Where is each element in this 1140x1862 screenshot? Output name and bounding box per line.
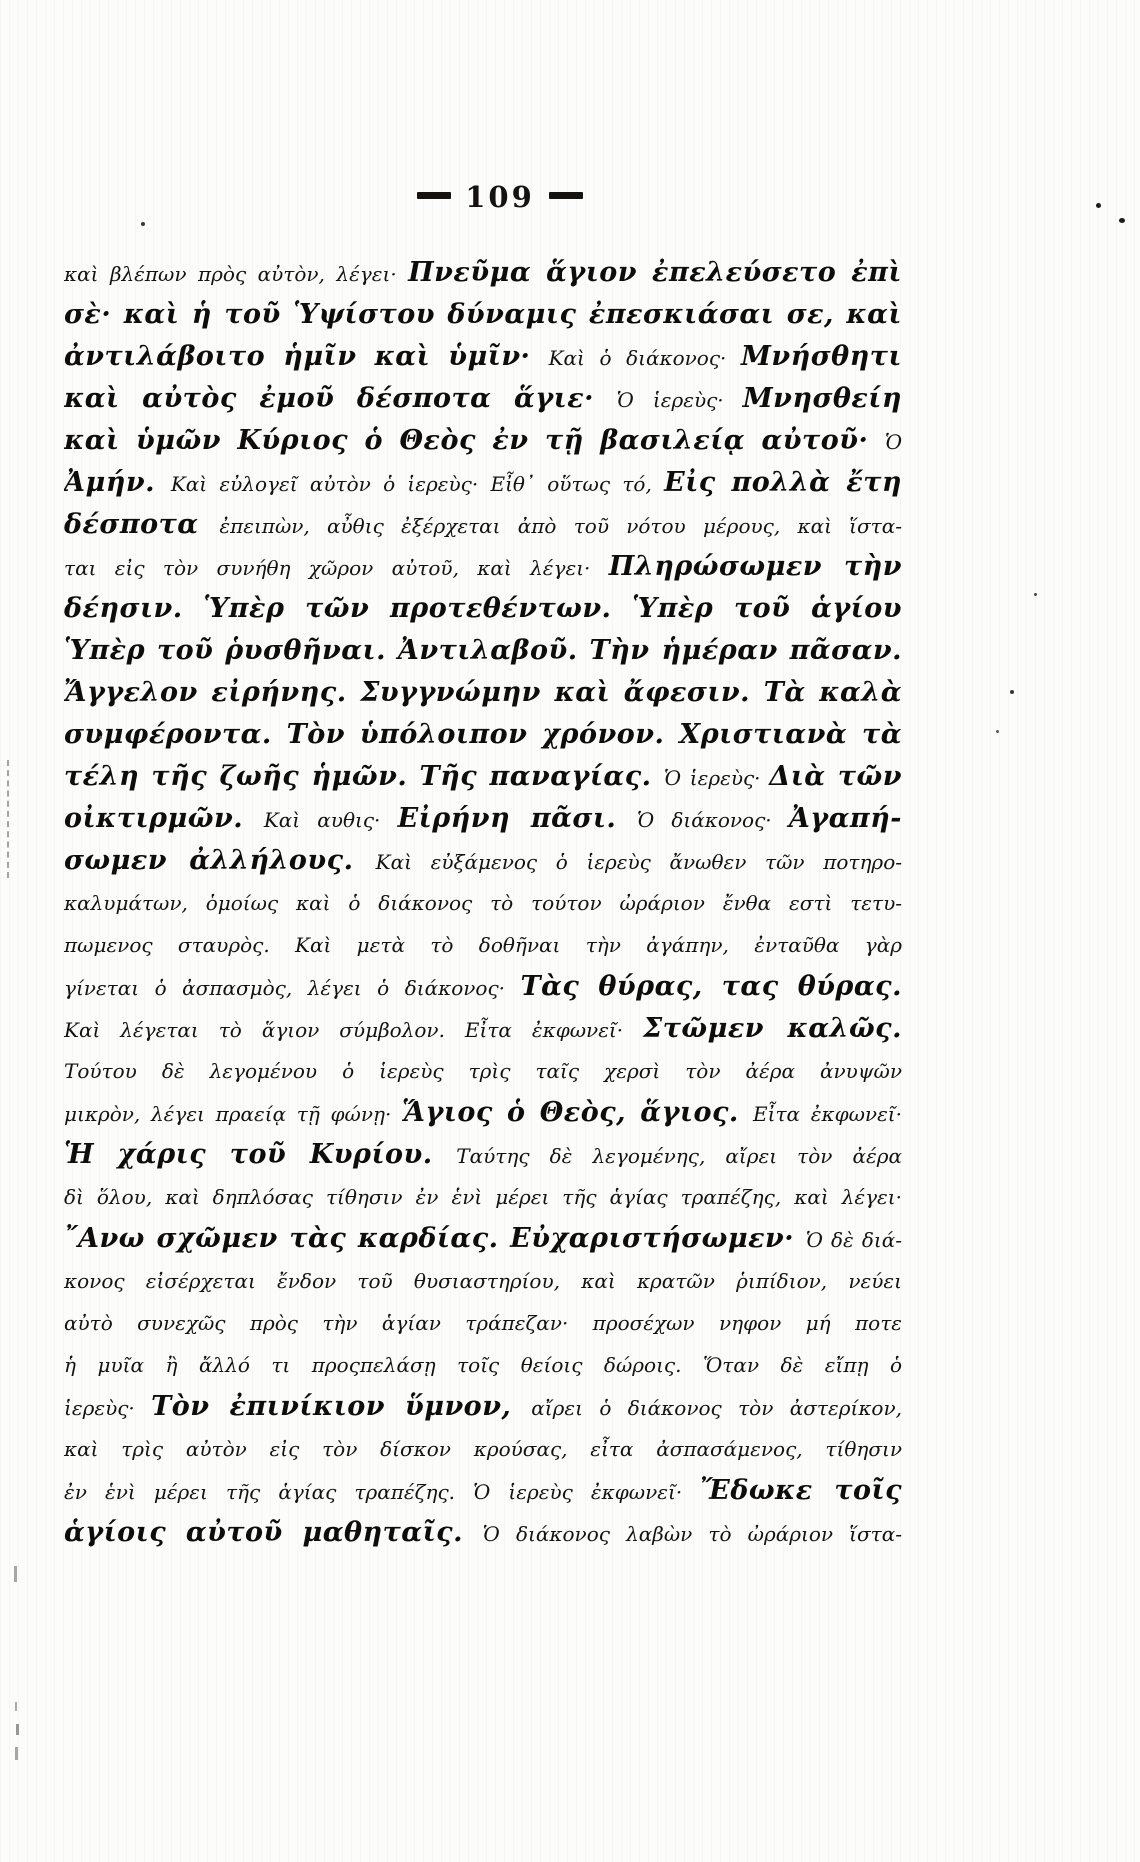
- text-line: Ἄγγελον εἰρήνης. Συγγνώμην καὶ ἄφεσιν. Τ…: [64, 672, 902, 714]
- text-run-rubric: Ὁ δὲ διά-: [806, 1228, 902, 1252]
- text-line: καὶ βλέπων πρὸς αὐτὸν, λέγει· Πνεῦμα ἅγι…: [64, 252, 902, 294]
- text-line: καλυμάτων, ὁμοίως καὶ ὁ διάκονος τὸ τούτ…: [64, 882, 902, 924]
- text-run-rubric: ἱερεὺς·: [64, 1396, 151, 1420]
- text-line: Ἀμήν. Καὶ εὐλογεῖ αὐτὸν ὁ ἱερεὺς· Εἶθ᾽ ο…: [64, 462, 902, 504]
- text-line: ἡ μυῖα ἢ ἄλλό τι προςπελάσῃ τοῖς θείοις …: [64, 1344, 902, 1386]
- margin-mark: [15, 1702, 17, 1711]
- text-run-rubric: Ὁ ἱερεὺς·: [617, 388, 743, 412]
- text-run-rubric: Καὶ εὐξάμενος ὁ ἱερεὺς ἄνωθεν τῶν ποτηρο…: [376, 850, 902, 874]
- text-line: ἀντιλάβοιτο ἡμῖν καὶ ὑμῖν· Καὶ ὁ διάκονο…: [64, 336, 902, 378]
- text-line: Τούτου δὲ λεγομένου ὁ ἱερεὺς τρὶς ταῖς χ…: [64, 1050, 902, 1092]
- text-run-rubric: Ὁ διάκονος·: [637, 808, 789, 832]
- text-run-spoken: Ἀμήν.: [64, 467, 171, 498]
- text-line: δέσποτα ἐπειπὼν, αὖθις ἐξέρχεται ἀπὸ τοῦ…: [64, 504, 902, 546]
- text-run-rubric: καὶ βλέπων πρὸς αὐτὸν, λέγει·: [64, 262, 408, 286]
- margin-mark: [15, 1747, 18, 1760]
- text-run-spoken: τέλη τῆς ζωῆς ἡμῶν. Τῆς παναγίας.: [64, 761, 664, 792]
- text-run-spoken: σωμεν ἀλλήλους.: [64, 845, 376, 876]
- text-run-spoken: καὶ ὑμῶν Κύριος ὁ Θεὸς ἐν τῇ βασιλείᾳ αὐ…: [64, 425, 885, 456]
- text-run-spoken: Διὰ τῶν: [769, 761, 902, 792]
- text-run-spoken: Εἰς πολλὰ ἔτη: [664, 467, 902, 498]
- text-run-spoken: δέησιν. Ὑπὲρ τῶν προτεθέντων. Ὑπὲρ τοῦ ἁ…: [64, 593, 902, 630]
- text-run-spoken: καὶ αὐτὸς ἐμοῦ δέσποτα ἅγιε·: [64, 383, 617, 414]
- text-run-rubric: ται εἰς τὸν συνήθη χῶρον αὐτοῦ, καὶ λέγε…: [64, 556, 609, 580]
- text-line: γίνεται ὁ ἀσπασμὸς, λέγει ὁ διάκονος· Τὰ…: [64, 966, 902, 1008]
- text-run-rubric: πωμενος σταυρὸς. Καὶ μετὰ τὸ δοθῆναι τὴν…: [64, 933, 902, 957]
- text-run-rubric: Ταύτης δὲ λεγομένης, αἴρει τὸν ἀέρα: [456, 1144, 902, 1168]
- body-text: καὶ βλέπων πρὸς αὐτὸν, λέγει· Πνεῦμα ἅγι…: [64, 252, 902, 1554]
- text-line: ἐν ἑνὶ μέρει τῆς ἁγίας τραπέζης. Ὁ ἱερεὺ…: [64, 1470, 902, 1512]
- text-run-spoken: ἀντιλάβοιτο ἡμῖν καὶ ὑμῖν·: [64, 341, 549, 372]
- text-run-spoken: Ἀγαπή-: [789, 803, 902, 834]
- text-run-rubric: Ὁ ἱερεὺς·: [664, 766, 769, 790]
- text-line: Καὶ λέγεται τὸ ἅγιον σύμβολον. Εἶτα ἐκφω…: [64, 1008, 902, 1050]
- ink-speck: [141, 222, 145, 226]
- text-line: μικρὸν, λέγει πραείᾳ τῇ φώνῃ· Ἅγιος ὁ Θε…: [64, 1092, 902, 1134]
- text-line: Ἡ χάρις τοῦ Κυρίου. Ταύτης δὲ λεγομένης,…: [64, 1134, 902, 1176]
- text-run-rubric: Καὶ εὐλογεῖ αὐτὸν ὁ ἱερεὺς· Εἶθ᾽ οὕτως τ…: [171, 472, 664, 496]
- text-line: Ὑπὲρ τοῦ ῥυσθῆναι. Ἀντιλαβοῦ. Τὴν ἡμέραν…: [64, 630, 902, 672]
- text-line: καὶ τρὶς αὐτὸν εἰς τὸν δίσκον κρούσας, ε…: [64, 1428, 902, 1470]
- text-line: καὶ ὑμῶν Κύριος ὁ Θεὸς ἐν τῇ βασιλείᾳ αὐ…: [64, 420, 902, 462]
- text-run-rubric: Ὁ διάκονος λαβὼν τὸ ὠράριον ἵστα-: [483, 1522, 902, 1546]
- text-line: αὐτὸ συνεχῶς πρὸς τὴν ἁγίαν τράπεζαν· πρ…: [64, 1302, 902, 1344]
- text-run-spoken: οἰκτιρμῶν.: [64, 803, 264, 834]
- text-run-spoken: Ἄγγελον εἰρήνης. Συγγνώμην καὶ ἄφεσιν. Τ…: [64, 677, 902, 714]
- text-run-spoken: Ὑπὲρ τοῦ ῥυσθῆναι. Ἀντιλαβοῦ. Τὴν ἡμέραν…: [64, 635, 902, 666]
- text-run-rubric: καλυμάτων, ὁμοίως καὶ ὁ διάκονος τὸ τούτ…: [64, 891, 902, 915]
- text-run-spoken: συμφέροντα. Τὸν ὑπόλοιπον χρόνον. Χριστι…: [64, 719, 902, 750]
- text-line: τέλη τῆς ζωῆς ἡμῶν. Τῆς παναγίας. Ὁ ἱερε…: [64, 756, 902, 798]
- ink-speck: [1010, 690, 1014, 694]
- text-run-rubric: Καὶ λέγεται τὸ ἅγιον σύμβολον. Εἶτα ἐκφω…: [64, 1018, 643, 1042]
- text-run-rubric: αὐτὸ συνεχῶς πρὸς τὴν ἁγίαν τράπεζαν· πρ…: [64, 1311, 902, 1335]
- text-run-spoken: σὲ· καὶ ἡ τοῦ Ὑψίστου δύναμις ἐπεσκιάσαι…: [64, 299, 902, 330]
- text-run-rubric: μικρὸν, λέγει πραείᾳ τῇ φώνῃ·: [64, 1102, 402, 1126]
- ink-speck: [1096, 203, 1101, 208]
- text-run-spoken: Τὸν ἐπινίκιον ὕμνον,: [151, 1391, 531, 1422]
- text-run-rubric: ἐν ἑνὶ μέρει τῆς ἁγίας τραπέζης. Ὁ ἱερεὺ…: [64, 1480, 700, 1504]
- text-line: δὶ ὅλου, καὶ δηπλόσας τίθησιν ἐν ἑνὶ μέρ…: [64, 1176, 902, 1218]
- text-run-spoken: Μνήσθητι: [741, 341, 902, 372]
- margin-mark: [14, 1566, 17, 1582]
- text-run-spoken: Ἅγιος ὁ Θεὸς, ἅγιος.: [402, 1097, 753, 1128]
- ink-speck: [99, 736, 102, 739]
- text-run-spoken: ἁγίοις αὐτοῦ μαθηταῖς.: [64, 1517, 483, 1548]
- text-run-rubric: αἴρει ὁ διάκονος τὸν ἀστερίκον,: [531, 1396, 902, 1420]
- margin-mark: [16, 1724, 19, 1735]
- text-run-rubric: ἐπειπὼν, αὖθις ἐξέρχεται ἀπὸ τοῦ νότου μ…: [219, 514, 902, 538]
- text-run-spoken: Στῶμεν καλῶς.: [643, 1013, 902, 1044]
- text-run-spoken: Ἡ χάρις τοῦ Κυρίου.: [64, 1139, 456, 1170]
- text-run-rubric: καὶ τρὶς αὐτὸν εἰς τὸν δίσκον κρούσας, ε…: [64, 1437, 902, 1461]
- page-number: 109: [465, 180, 535, 214]
- page-header: 109: [82, 180, 918, 214]
- ink-speck: [996, 730, 999, 733]
- text-line: πωμενος σταυρὸς. Καὶ μετὰ τὸ δοθῆναι τὴν…: [64, 924, 902, 966]
- text-line: ἁγίοις αὐτοῦ μαθηταῖς. Ὁ διάκονος λαβὼν …: [64, 1512, 902, 1554]
- text-run-rubric: Καὶ ὁ διάκονος·: [549, 346, 741, 370]
- text-run-spoken: ῎Ανω σχῶμεν τὰς καρδίας. Εὐχαριστήσωμεν·: [64, 1223, 806, 1254]
- text-line: συμφέροντα. Τὸν ὑπόλοιπον χρόνον. Χριστι…: [64, 714, 902, 756]
- header-dash-left: [417, 192, 451, 199]
- text-run-spoken: Πνεῦμα ἅγιον ἐπελεύσετο ἐπὶ: [408, 257, 902, 288]
- scanned-book-page: { "page": { "number": "109", "lines": [ …: [0, 0, 1140, 1862]
- text-line: σωμεν ἀλλήλους. Καὶ εὐξάμενος ὁ ἱερεὺς ἄ…: [64, 840, 902, 882]
- text-run-spoken: Ἔδωκε τοῖς: [700, 1475, 902, 1506]
- text-line: σὲ· καὶ ἡ τοῦ Ὑψίστου δύναμις ἐπεσκιάσαι…: [64, 294, 902, 336]
- text-line: οἰκτιρμῶν. Καὶ αυθις· Εἰρήνη πᾶσι. Ὁ διά…: [64, 798, 902, 840]
- text-run-rubric: κονος εἰσέρχεται ἔνδον τοῦ θυσιαστηρίου,…: [64, 1269, 902, 1293]
- text-run-rubric: γίνεται ὁ ἀσπασμὸς, λέγει ὁ διάκονος·: [64, 976, 521, 1000]
- ink-speck: [1119, 218, 1125, 223]
- ink-speck: [1034, 593, 1037, 596]
- text-line: δέησιν. Ὑπὲρ τῶν προτεθέντων. Ὑπὲρ τοῦ ἁ…: [64, 588, 902, 630]
- text-run-rubric: δὶ ὅλου, καὶ δηπλόσας τίθησιν ἐν ἑνὶ μέρ…: [64, 1185, 902, 1209]
- text-run-spoken: Εἰρήνη πᾶσι.: [398, 803, 637, 834]
- text-run-spoken: Πληρώσωμεν τὴν: [609, 551, 902, 582]
- text-run-rubric: Εἶτα ἐκφωνεῖ·: [753, 1102, 902, 1126]
- margin-dash-mark: [7, 760, 9, 878]
- text-line: ται εἰς τὸν συνήθη χῶρον αὐτοῦ, καὶ λέγε…: [64, 546, 902, 588]
- header-dash-right: [549, 192, 583, 199]
- text-line: καὶ αὐτὸς ἐμοῦ δέσποτα ἅγιε· Ὁ ἱερεὺς· Μ…: [64, 378, 902, 420]
- text-run-rubric: ἡ μυῖα ἢ ἄλλό τι προςπελάσῃ τοῖς θείοις …: [64, 1353, 902, 1377]
- text-line: ἱερεὺς· Τὸν ἐπινίκιον ὕμνον, αἴρει ὁ διά…: [64, 1386, 902, 1428]
- text-run-spoken: Τὰς θύρας, τας θύρας.: [521, 971, 902, 1002]
- text-run-rubric: Καὶ αυθις·: [264, 808, 398, 832]
- text-run-spoken: δέσποτα: [64, 509, 219, 540]
- text-run-rubric: Τούτου δὲ λεγομένου ὁ ἱερεὺς τρὶς ταῖς χ…: [64, 1059, 902, 1083]
- text-line: ῎Ανω σχῶμεν τὰς καρδίας. Εὐχαριστήσωμεν·…: [64, 1218, 902, 1260]
- text-line: κονος εἰσέρχεται ἔνδον τοῦ θυσιαστηρίου,…: [64, 1260, 902, 1302]
